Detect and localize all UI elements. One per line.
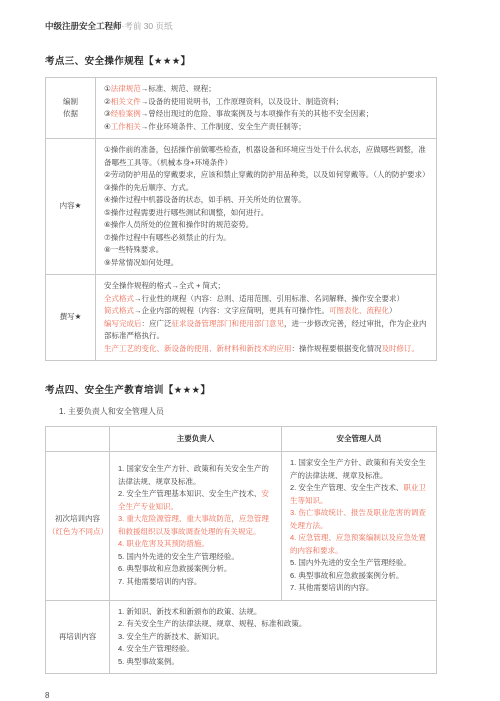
text-segment: →设备的使用说明书，工作原理资料，以及设计、制造资料； xyxy=(141,97,344,106)
text-line: 5. 典型事故案例。 xyxy=(118,656,428,669)
text-segment: 再培训内容 xyxy=(59,632,97,641)
text-line: 安全操作规程的格式→全式 + 简式； xyxy=(104,280,428,293)
highlighted-text: 法律规范 xyxy=(111,84,141,93)
text-segment: ④ xyxy=(104,122,111,131)
col-header-principal: 主要负责人 xyxy=(110,426,282,452)
text-segment: 初次培训内容 xyxy=(55,514,100,523)
table-row: 再培训内容1. 新知识、新技术和新颁布的政策、法规。2. 有关安全生产的法律法规… xyxy=(46,600,437,674)
text-line: 4. 应急管理、应急预案编制以及应急处置的内容和要求。 xyxy=(290,532,428,557)
doc-subtitle: ·考前 30 页纸 xyxy=(122,21,173,31)
highlighted-text: 4. 应急管理、应急预案编制以及应急处置的内容和要求。 xyxy=(290,533,426,555)
text-segment: 5. 典型事故案例。 xyxy=(118,657,179,666)
text-line: 初次培训内容 xyxy=(48,513,107,526)
text-segment: ⑥操作人员所处的位置和操作时的规范姿势。 xyxy=(104,220,253,229)
text-line: 6. 典型事故和应急救援案例分析。 xyxy=(118,563,273,576)
text-segment: ：应广泛 xyxy=(142,319,172,328)
text-segment: 7. 其他需要培训的内容。 xyxy=(118,577,201,586)
text-line: 简式格式→企业内部的规程（内容：文字应简明，更具有可操作性。可图表化、流程化） xyxy=(104,305,428,318)
text-line: 1. 国家安全生产方针、政策和有关安全生产的法律法规、规章及标准。 xyxy=(290,457,428,482)
text-line: ③操作的先后顺序、方式。 xyxy=(104,182,428,195)
highlighted-text: 3. 重大危险源管理、重大事故防范，应急管理和救援组织以及事故调查处理的有关规定… xyxy=(118,514,269,536)
highlighted-text: 经验案例 xyxy=(111,109,141,118)
text-line: （红色为不同点） xyxy=(48,526,107,539)
text-line: ③经验案例→曾经出现过的危险、事故案例及与本项操作有关的其他不安全因素； xyxy=(104,108,428,121)
text-segment: ：操作规程要根据变化情况 xyxy=(292,344,382,353)
text-line: 3. 重大危险源管理、重大事故防范，应急管理和救援组织以及事故调查处理的有关规定… xyxy=(118,513,273,538)
text-segment: 6. 典型事故和应急救援案例分析。 xyxy=(118,564,231,573)
text-line: 2. 有关安全生产的法律法规、规章、规程、标准和政策。 xyxy=(118,618,428,631)
text-segment: →企业内部的规程（内容：文字应简明，更具有可操作性。 xyxy=(134,306,329,315)
text-line: ①操作前的准备，包括操作前做哪些检查，机器设备和环境应当处于什么状态，应做哪些调… xyxy=(104,144,428,169)
highlighted-text: 编写完成后 xyxy=(104,319,142,328)
highlighted-text: 工作相关 xyxy=(111,122,141,131)
text-line: 5. 国内外先进的安全生产管理经验。 xyxy=(118,551,273,564)
table-cell: 1. 国家安全生产方针、政策和有关安全生产的法律法规、规章及标准。2. 安全生产… xyxy=(282,452,437,601)
highlighted-text: （红色为不同点） xyxy=(48,527,108,536)
row-content: 安全操作规程的格式→全式 + 简式；全式格式→行业性的规程（内容：总则、适用范围… xyxy=(96,275,437,361)
highlighted-text: 相关文件 xyxy=(111,97,141,106)
row-label: 撰写★ xyxy=(46,275,96,361)
table-row: 初次培训内容（红色为不同点）1. 国家安全生产方针、政策和有关安全生产的法律法规… xyxy=(46,452,437,601)
text-segment: ） xyxy=(389,306,397,315)
training-table: 主要负责人 安全管理人员 初次培训内容（红色为不同点）1. 国家安全生产方针、政… xyxy=(45,426,437,675)
table-cell: 1. 国家安全生产方针、政策和有关安全生产的法律法规、规章及标准。2. 安全生产… xyxy=(110,452,282,601)
text-segment: 2. 安全生产管理基本知识、安全生产技术、 xyxy=(118,489,261,498)
text-segment: 3. 安全生产的新技术、新知识。 xyxy=(118,632,224,641)
text-segment: 5. 国内外先进的安全生产管理经验。 xyxy=(118,552,239,561)
operating-rules-table: 编制依据①法律规范→标准、规范、规程；②相关文件→设备的使用说明书，工作原理资料… xyxy=(45,77,437,361)
text-line: 内容★ xyxy=(48,200,93,213)
text-line: ①法律规范→标准、规范、规程； xyxy=(104,83,428,96)
text-line: ⑥操作人员所处的位置和操作时的规范姿势。 xyxy=(104,219,428,232)
text-line: 全式格式→行业性的规程（内容：总则、适用范围、引用标准、名词解释、操作安全要求） xyxy=(104,293,428,306)
document-page: 中级注册安全工程师·考前 30 页纸 考点三、安全操作规程【★★★】 编制依据①… xyxy=(0,0,500,701)
text-segment: ②劳动防护用品的穿戴要求，应该和禁止穿戴的防护用品种类，以及如何穿戴等。（人的防… xyxy=(104,170,429,179)
text-segment: 4. 安全生产管理经验。 xyxy=(118,644,194,653)
text-line: ⑨异常情况如何处理。 xyxy=(104,257,428,270)
table-header-row: 主要负责人 安全管理人员 xyxy=(46,426,437,452)
table-row: 内容★①操作前的准备，包括操作前做哪些检查，机器设备和环境应当处于什么状态，应做… xyxy=(46,139,437,275)
row-content: ①法律规范→标准、规范、规程；②相关文件→设备的使用说明书，工作原理资料，以及设… xyxy=(96,78,437,139)
highlighted-text: 简式格式 xyxy=(104,306,134,315)
text-line: 4. 职业危害及其预防措施。 xyxy=(118,538,273,551)
text-line: ②相关文件→设备的使用说明书，工作原理资料，以及设计、制造资料； xyxy=(104,96,428,109)
text-segment: 2. 安全生产管理、安全生产技术、 xyxy=(290,483,403,492)
text-segment: ⑧一些特殊要求。 xyxy=(104,245,163,254)
row-label: 初次培训内容（红色为不同点） xyxy=(46,452,110,601)
text-line: 编写完成后：应广泛征求设备管理部门和使用部门意见，进一步修改完善，经过审批，作为… xyxy=(104,318,428,343)
text-segment: 依据 xyxy=(63,109,78,118)
text-segment: ④操作过程中机器设备的状态，如手柄、开关所处的位置等。 xyxy=(104,195,306,204)
text-line: 5. 国内外先进的安全生产管理经验。 xyxy=(290,557,428,570)
text-line: ④工作相关→作业环境条件、工作制度、安全生产责任制等； xyxy=(104,121,428,134)
text-segment: ⑦操作过程中有哪些必须禁止的行为。 xyxy=(104,233,231,242)
section4-subtitle: 1. 主要负责人和安全管理人员 xyxy=(59,406,437,419)
text-segment: ⑤操作过程需要进行哪些测试和调整，如何进行。 xyxy=(104,208,268,217)
text-segment: →标准、规范、规程； xyxy=(141,84,216,93)
highlighted-text: 征求设备管理部门和使用部门意见 xyxy=(172,319,285,328)
text-line: 撰写★ xyxy=(48,311,93,324)
doc-title: 中级注册安全工程师 xyxy=(45,21,122,31)
text-segment: 6. 典型事故和应急救援案例分析。 xyxy=(290,571,403,580)
text-line: ⑧一些特殊要求。 xyxy=(104,244,428,257)
highlighted-text: 4. 职业危害及其预防措施。 xyxy=(118,539,209,548)
text-segment: →曾经出现过的危险、事故案例及与本项操作有关的其他不安全因素； xyxy=(141,109,374,118)
text-line: 编制 xyxy=(48,96,93,109)
text-segment: 安全操作规程的格式→全式 + 简式； xyxy=(104,281,225,290)
text-line: ④操作过程中机器设备的状态，如手柄、开关所处的位置等。 xyxy=(104,194,428,207)
text-segment: 2. 有关安全生产的法律法规、规章、规程、标准和政策。 xyxy=(118,619,306,628)
page-number: 8 xyxy=(45,690,437,701)
text-segment: 1. 新知识、新技术和新颁布的政策、法规。 xyxy=(118,607,261,616)
text-segment: 内容★ xyxy=(60,201,82,210)
text-line: 2. 安全生产管理基本知识、安全生产技术、安全生产专业知识。 xyxy=(118,488,273,513)
text-segment: 1. 国家安全生产方针、政策和有关安全生产的法律法规、规章及标准。 xyxy=(118,464,269,486)
text-segment: ⑨异常情况如何处理。 xyxy=(104,258,178,267)
text-line: 1. 新知识、新技术和新颁布的政策、法规。 xyxy=(118,606,428,619)
row-label: 编制依据 xyxy=(46,78,96,139)
text-segment: ① xyxy=(104,84,111,93)
text-line: 生产工艺的变化、新设备的使用、新材料和新技术的应用：操作规程要根据变化情况及时修… xyxy=(104,343,428,356)
text-line: 1. 国家安全生产方针、政策和有关安全生产的法律法规、规章及标准。 xyxy=(118,463,273,488)
text-segment: 编制 xyxy=(63,97,78,106)
doc-header: 中级注册安全工程师·考前 30 页纸 xyxy=(45,20,437,32)
section4-heading: 考点四、安全生产教育培训【★★★】 xyxy=(45,384,437,397)
highlighted-text: 及时修订。 xyxy=(382,344,420,353)
text-line: 7. 其他需要培训的内容。 xyxy=(290,582,428,595)
table-cell: 1. 新知识、新技术和新颁布的政策、法规。2. 有关安全生产的法律法规、规章、规… xyxy=(110,600,437,674)
text-line: 4. 安全生产管理经验。 xyxy=(118,643,428,656)
section3-heading: 考点三、安全操作规程【★★★】 xyxy=(45,55,437,68)
text-line: 3. 安全生产的新技术、新知识。 xyxy=(118,631,428,644)
text-segment: →行业性的规程（内容：总则、适用范围、引用标准、名词解释、操作安全要求） xyxy=(134,294,404,303)
row-label: 再培训内容 xyxy=(46,600,110,674)
text-segment: ①操作前的准备，包括操作前做哪些检查，机器设备和环境应当处于什么状态，应做哪些调… xyxy=(104,145,426,167)
text-segment: →作业环境条件、工作制度、安全生产责任制等； xyxy=(141,122,306,131)
highlighted-text: 3. 伤亡事故统计、报告及职业危害的调查处理方法。 xyxy=(290,508,426,530)
text-line: 2. 安全生产管理、安全生产技术、职业卫生等知识。 xyxy=(290,482,428,507)
text-line: 3. 伤亡事故统计、报告及职业危害的调查处理方法。 xyxy=(290,507,428,532)
text-line: 再培训内容 xyxy=(48,631,107,644)
table-row: 撰写★安全操作规程的格式→全式 + 简式；全式格式→行业性的规程（内容：总则、适… xyxy=(46,275,437,361)
col-header-safety-manager: 安全管理人员 xyxy=(282,426,437,452)
row-label: 内容★ xyxy=(46,139,96,275)
row-content: ①操作前的准备，包括操作前做哪些检查，机器设备和环境应当处于什么状态，应做哪些调… xyxy=(96,139,437,275)
highlighted-text: 全式格式 xyxy=(104,294,134,303)
text-line: ②劳动防护用品的穿戴要求，应该和禁止穿戴的防护用品种类，以及如何穿戴等。（人的防… xyxy=(104,169,428,182)
text-line: 6. 典型事故和应急救援案例分析。 xyxy=(290,570,428,583)
text-line: 依据 xyxy=(48,108,93,121)
text-line: ⑦操作过程中有哪些必须禁止的行为。 xyxy=(104,232,428,245)
text-segment: 7. 其他需要培训的内容。 xyxy=(290,583,373,592)
text-segment: 撰写★ xyxy=(60,312,82,321)
text-segment: ② xyxy=(104,97,111,106)
highlighted-text: 生产工艺的变化、新设备的使用、新材料和新技术的应用 xyxy=(104,344,292,353)
text-line: ⑤操作过程需要进行哪些测试和调整，如何进行。 xyxy=(104,207,428,220)
highlighted-text: 可图表化、流程化 xyxy=(329,306,389,315)
text-segment: ③操作的先后顺序、方式。 xyxy=(104,183,193,192)
text-segment: 5. 国内外先进的安全生产管理经验。 xyxy=(290,558,411,567)
text-segment: ③ xyxy=(104,109,111,118)
table-row: 编制依据①法律规范→标准、规范、规程；②相关文件→设备的使用说明书，工作原理资料… xyxy=(46,78,437,139)
text-segment: 1. 国家安全生产方针、政策和有关安全生产的法律法规、规章及标准。 xyxy=(290,458,426,480)
text-line: 7. 其他需要培训的内容。 xyxy=(118,576,273,589)
empty-header-cell xyxy=(46,426,110,452)
